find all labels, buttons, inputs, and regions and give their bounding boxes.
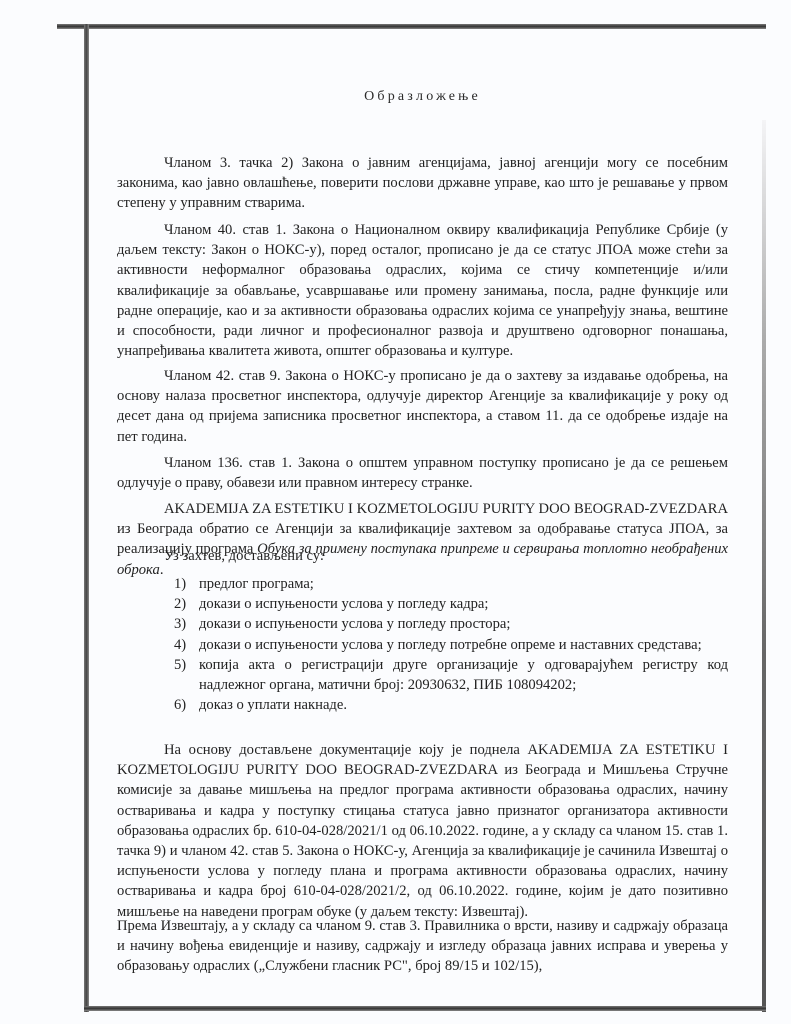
list-item: 4)докази о испуњености услова у погледу …	[174, 635, 728, 655]
list-item: 3)докази о испуњености услова у погледу …	[174, 614, 728, 634]
list-item: 2)докази о испуњености услова у погледу …	[174, 594, 728, 614]
paragraph-basis: На основу достављене документације коју …	[117, 740, 728, 922]
list-text: докази о испуњености услова у погледу ка…	[199, 596, 488, 612]
list-number: 1)	[174, 574, 186, 594]
paragraph-article-40: Чланом 40. став 1. Закона о Националном …	[117, 220, 728, 361]
list-intro: Уз захтев, достављени су:	[164, 546, 324, 566]
document-title: Образложење	[117, 87, 728, 107]
list-item: 1)предлог програма;	[174, 574, 728, 594]
paragraph-article-136: Чланом 136. став 1. Закона о општем упра…	[117, 453, 728, 493]
page-frame-left	[84, 24, 89, 1012]
list-text: копија акта о регистрацији друге организ…	[199, 657, 728, 693]
list-text: доказ о уплати накнаде.	[199, 697, 347, 713]
list-text: докази о испуњености услова у погледу пр…	[199, 616, 510, 632]
list-number: 3)	[174, 614, 186, 634]
paragraph-article-42: Чланом 42. став 9. Закона о НОКС-у пропи…	[117, 366, 728, 447]
list-text: докази о испуњености услова у погледу по…	[199, 637, 702, 653]
paragraph-article-3: Чланом 3. тачка 2) Закона о јавним агенц…	[117, 153, 728, 214]
paragraph-applicant: AKADEMIJA ZA ESTETIKU I KOZMETOLOGIJU PU…	[117, 499, 728, 580]
list-item: 5)копија акта о регистрацији друге орган…	[174, 655, 728, 695]
applicant-end: .	[160, 562, 164, 578]
page-frame-bottom	[84, 1006, 766, 1011]
submitted-documents-list: 1)предлог програма; 2)докази о испуњенос…	[174, 574, 728, 715]
list-number: 6)	[174, 695, 186, 715]
list-text: предлог програма;	[199, 576, 314, 592]
list-number: 5)	[174, 655, 186, 675]
list-number: 2)	[174, 594, 186, 614]
list-number: 4)	[174, 635, 186, 655]
paragraph-final: Према Извештају, а у складу са чланом 9.…	[117, 916, 728, 977]
list-item: 6)доказ о уплати накнаде.	[174, 695, 728, 715]
page-frame-top	[57, 24, 766, 29]
page-frame-right	[762, 120, 766, 1012]
